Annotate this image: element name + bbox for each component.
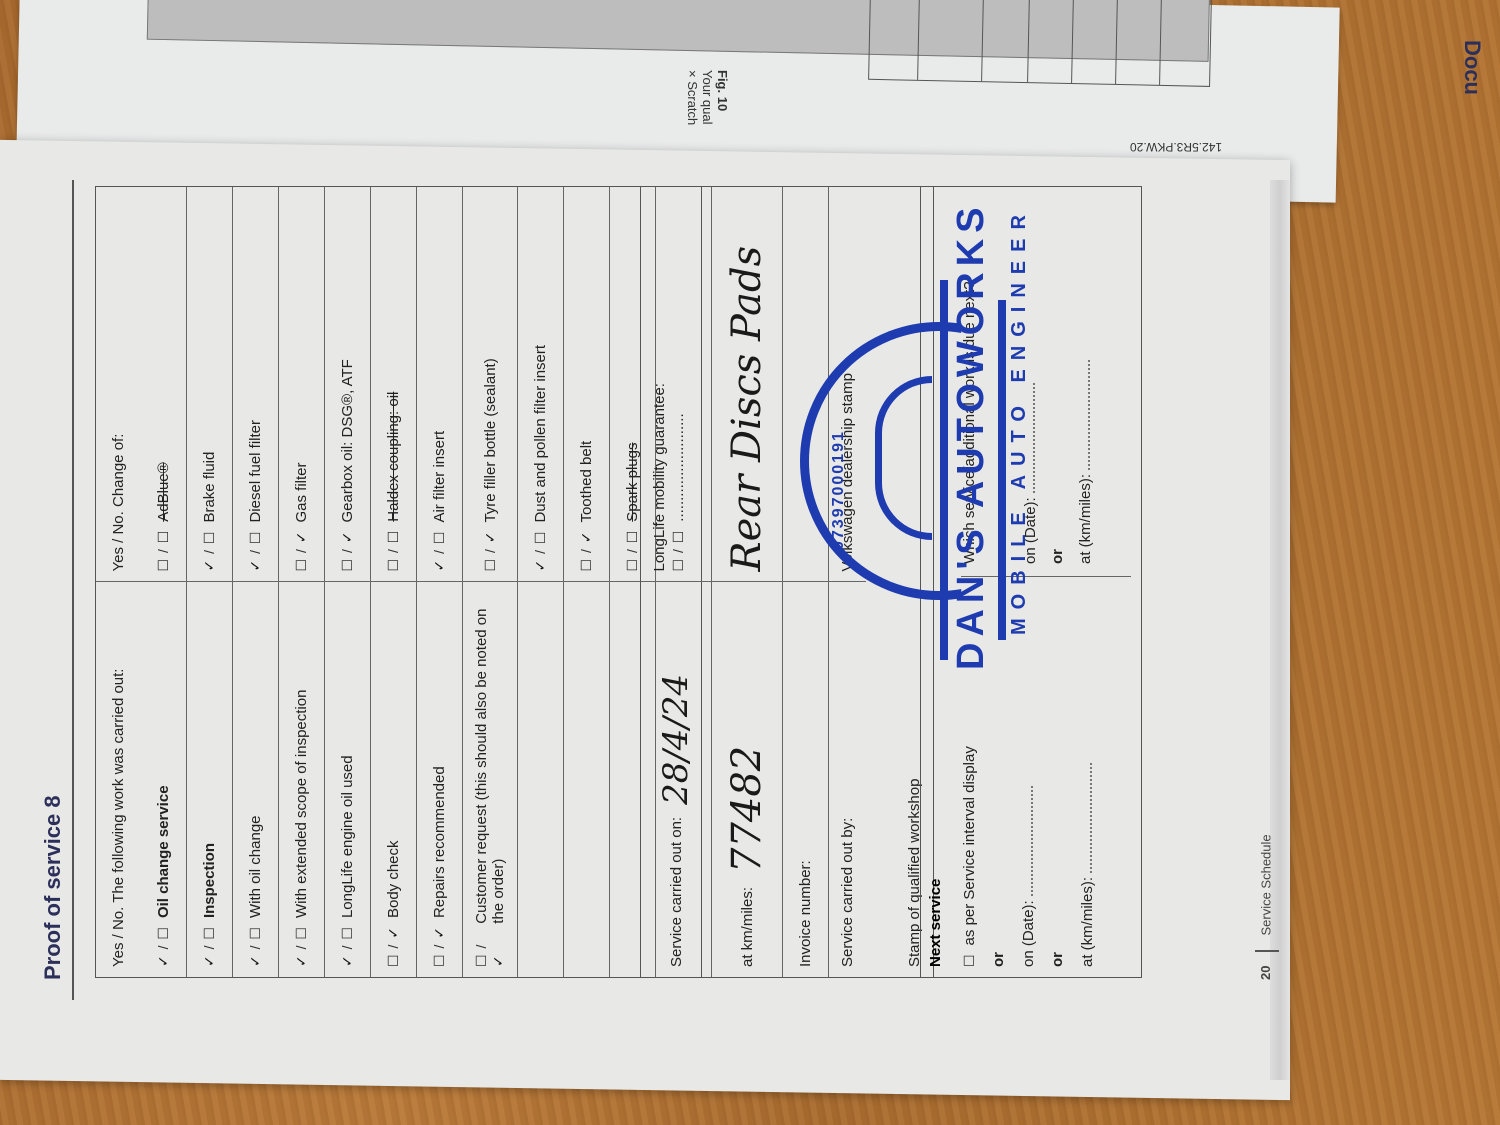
right-item-label: AdBlue® xyxy=(155,462,172,521)
right-item-label: Diesel fuel filter xyxy=(247,420,264,523)
left-item-label: Body check xyxy=(385,840,402,918)
tick-icon: ✓ xyxy=(579,531,595,544)
next-service-title: Next service xyxy=(927,879,944,967)
rotated-page-content: Proof of service 8 Yes / No. The followi… xyxy=(40,170,1200,1000)
right-checkbox-1[interactable]: ✓ / ☐ xyxy=(201,531,218,572)
right-checkbox-9[interactable]: ☐ / ✓ xyxy=(578,531,595,572)
stamp-subtitle: MOBILE AUTO ENGINEER xyxy=(1008,206,1031,635)
title-rule xyxy=(72,180,74,1000)
table-row: ☐ / ✓Body check☐ / ☐Haldex coupling: oil xyxy=(370,187,416,977)
left-item-label: Customer request (this should also be no… xyxy=(473,593,507,924)
upper-table xyxy=(868,0,1212,87)
figure-caption: Fig. 10 Your qual × Scratch xyxy=(685,70,730,125)
work-table: Yes / No. The following work was carried… xyxy=(95,186,702,978)
tick-icon: ✓ xyxy=(340,531,356,544)
right-item: ☐ / ✓Gas filter xyxy=(279,187,324,583)
right-item: ☐ / ✓Gearbox oil: DSG®, ATF xyxy=(325,187,370,583)
left-item-label: LongLife engine oil used xyxy=(339,755,356,918)
left-checkbox-4[interactable]: ✓ / ☐ xyxy=(339,926,356,967)
right-checkbox-3[interactable]: ☐ / ✓ xyxy=(293,531,310,572)
longlife-label: LongLife mobility guarantee: xyxy=(651,383,668,571)
left-checkbox-3[interactable]: ✓ / ☐ xyxy=(293,926,310,967)
right-item-label: Haldex coupling: oil xyxy=(385,392,402,522)
tick-icon: ✓ xyxy=(202,954,218,967)
right-checkbox-0[interactable]: ☐ / ☐ xyxy=(155,530,172,572)
right-item: ✓ / ☐Diesel fuel filter xyxy=(233,187,278,583)
table-row: ☐ / ✓Customer request (this should also … xyxy=(462,187,517,977)
stamp-name: DAN'S AUTOWORKS xyxy=(950,202,993,670)
right-item-label: Toothed belt xyxy=(578,441,595,523)
right-checkbox-2[interactable]: ✓ / ☐ xyxy=(247,531,264,572)
right-item-label: Dust and pollen filter insert xyxy=(532,345,549,523)
carried-by-label: Service carried out by: xyxy=(839,818,856,967)
tick-icon: ✓ xyxy=(202,559,218,572)
table-row: ✓ / ☐Dust and pollen filter insert xyxy=(517,187,563,977)
stamp-top-bar xyxy=(940,280,948,660)
tick-icon: ✓ xyxy=(294,531,310,544)
tick-icon: ✓ xyxy=(483,531,499,544)
running-footer: Service Schedule xyxy=(1258,834,1273,935)
mileage-label: at km/miles: xyxy=(739,887,756,967)
interval-checkbox[interactable]: ☐ xyxy=(961,953,978,967)
right-item-label: Spark plugs xyxy=(624,443,641,522)
left-item-label: With oil change xyxy=(247,815,264,918)
print-code: 142.5R3.PKW.20 xyxy=(1130,140,1222,154)
left-item-label: Oil change service xyxy=(155,785,172,918)
right-item-label: Gearbox oil: DSG®, ATF xyxy=(339,359,356,522)
stamp-mid-bar xyxy=(998,300,1006,640)
left-item: ☐ / ✓Customer request (this should also … xyxy=(463,583,517,978)
upper-section-title: Docu xyxy=(1459,40,1485,95)
left-item-label: With extended scope of inspection xyxy=(293,690,310,918)
mileage-row: at km/miles: 77482 Rear Discs Pads xyxy=(711,187,782,977)
table-header-row: Yes / No. The following work was carried… xyxy=(96,187,141,977)
right-item-label: Air filter insert xyxy=(431,431,448,523)
left-column-header: Yes / No. The following work was carried… xyxy=(96,583,141,978)
next-mileage-field[interactable] xyxy=(1078,763,1092,873)
mileage-value[interactable]: 77482 xyxy=(724,746,770,873)
figure-label: Fig. 10 xyxy=(715,70,730,111)
table-row: ☐ / ✓Repairs recommended✓ / ☐Air filter … xyxy=(416,187,462,977)
tick-icon: ✓ xyxy=(156,954,172,967)
table-row: ✓ / ☐LongLife engine oil used☐ / ✓Gearbo… xyxy=(324,187,370,977)
tick-icon: ✓ xyxy=(248,559,264,572)
longlife-handwritten-note[interactable]: Rear Discs Pads xyxy=(724,246,770,572)
left-checkbox-2[interactable]: ✓ / ☐ xyxy=(247,926,264,967)
interval-option-label: as per Service interval display xyxy=(961,746,978,945)
right-item: ☐ / ☐Haldex coupling: oil xyxy=(371,187,416,583)
right-item-label: Brake fluid xyxy=(201,452,218,523)
table-row: ☐ / ✓Toothed belt xyxy=(563,187,609,977)
right-checkbox-4[interactable]: ☐ / ✓ xyxy=(339,531,356,572)
left-item: ✓ / ☐Oil change service xyxy=(141,583,186,978)
stamp-phone: 07397000191 xyxy=(830,430,848,550)
right-item: ☐ / ✓Tyre filler bottle (sealant) xyxy=(463,187,517,583)
tick-icon: ✓ xyxy=(294,954,310,967)
left-item-label: Repairs recommended xyxy=(431,766,448,918)
left-checkbox-5[interactable]: ☐ / ✓ xyxy=(385,926,402,967)
tick-icon: ✓ xyxy=(340,954,356,967)
scratch-text: × Scratch xyxy=(685,70,700,125)
next-mileage-label: at (km/miles): xyxy=(1079,877,1096,967)
left-item: ✓ / ☐With extended scope of inspection xyxy=(279,583,324,978)
right-item: ✓ / ☐Brake fluid xyxy=(187,187,232,583)
left-item-label: Inspection xyxy=(201,843,218,918)
right-column-header: Yes / No. Change of: xyxy=(96,187,141,583)
right-item: ☐ / ✓Toothed belt xyxy=(564,187,609,583)
table-row: ✓ / ☐Inspection✓ / ☐Brake fluid xyxy=(186,187,232,977)
longlife-cell: LongLife mobility guarantee: xyxy=(641,187,711,583)
service-date-value[interactable]: 28/4/24 xyxy=(656,674,696,805)
right-checkbox-7[interactable]: ☐ / ✓ xyxy=(482,531,499,572)
tick-icon: ✓ xyxy=(432,559,448,572)
left-item: ✓ / ☐With oil change xyxy=(233,583,278,978)
tick-icon: ✓ xyxy=(533,559,549,572)
left-item: ☐ / ✓Body check xyxy=(371,583,416,978)
service-date-label: Service carried out on: xyxy=(668,817,685,967)
right-checkbox-8[interactable]: ✓ / ☐ xyxy=(532,531,549,572)
left-checkbox-1[interactable]: ✓ / ☐ xyxy=(201,926,218,967)
left-checkbox-6[interactable]: ☐ / ✓ xyxy=(431,926,448,967)
right-item-label: Gas filter xyxy=(293,463,310,523)
right-item: ☐ / ☐AdBlue® xyxy=(141,187,186,583)
left-item: ✓ / ☐LongLife engine oil used xyxy=(325,583,370,978)
left-checkbox-0[interactable]: ✓ / ☐ xyxy=(155,926,172,967)
page-number: 20 xyxy=(1258,966,1273,980)
right-checkbox-5[interactable]: ☐ / ☐ xyxy=(385,530,402,572)
right-checkbox-6[interactable]: ✓ / ☐ xyxy=(431,531,448,572)
tick-icon: ✓ xyxy=(248,954,264,967)
right-item-label: Tyre filler bottle (sealant) xyxy=(482,358,499,522)
workshop-stamp: 07397000191 DAN'S AUTOWORKS MOBILE AUTO … xyxy=(800,270,1130,680)
invoice-label: Invoice number: xyxy=(797,860,814,967)
left-item: ✓ / ☐Inspection xyxy=(187,583,232,978)
table-row: ✓ / ☐Oil change service☐ / ☐AdBlue® xyxy=(141,187,186,977)
table-row: ✓ / ☐With extended scope of inspection☐ … xyxy=(278,187,324,977)
page-title: Proof of service 8 xyxy=(40,795,66,980)
right-item: ✓ / ☐Air filter insert xyxy=(417,187,462,583)
right-checkbox-10[interactable]: ☐ / ☐ xyxy=(624,530,641,572)
table-row: ✓ / ☐With oil change✓ / ☐Diesel fuel fil… xyxy=(232,187,278,977)
next-date-field[interactable] xyxy=(1019,786,1033,896)
tick-icon: ✓ xyxy=(432,926,448,939)
tick-icon: ✓ xyxy=(386,926,402,939)
left-checkbox-7[interactable]: ☐ / ✓ xyxy=(473,932,507,967)
page-footer: 20Service Schedule xyxy=(1255,834,1279,980)
tick-icon: ✓ xyxy=(491,954,507,967)
quality-text: Your qual xyxy=(700,70,715,124)
next-date-label: on (Date): xyxy=(1020,900,1037,967)
left-item: ☐ / ✓Repairs recommended xyxy=(417,583,462,978)
footer-divider xyxy=(1255,950,1279,952)
service-date-row: Service carried out on: 28/4/24 LongLife… xyxy=(641,187,711,977)
right-item: ✓ / ☐Dust and pollen filter insert xyxy=(518,187,563,583)
